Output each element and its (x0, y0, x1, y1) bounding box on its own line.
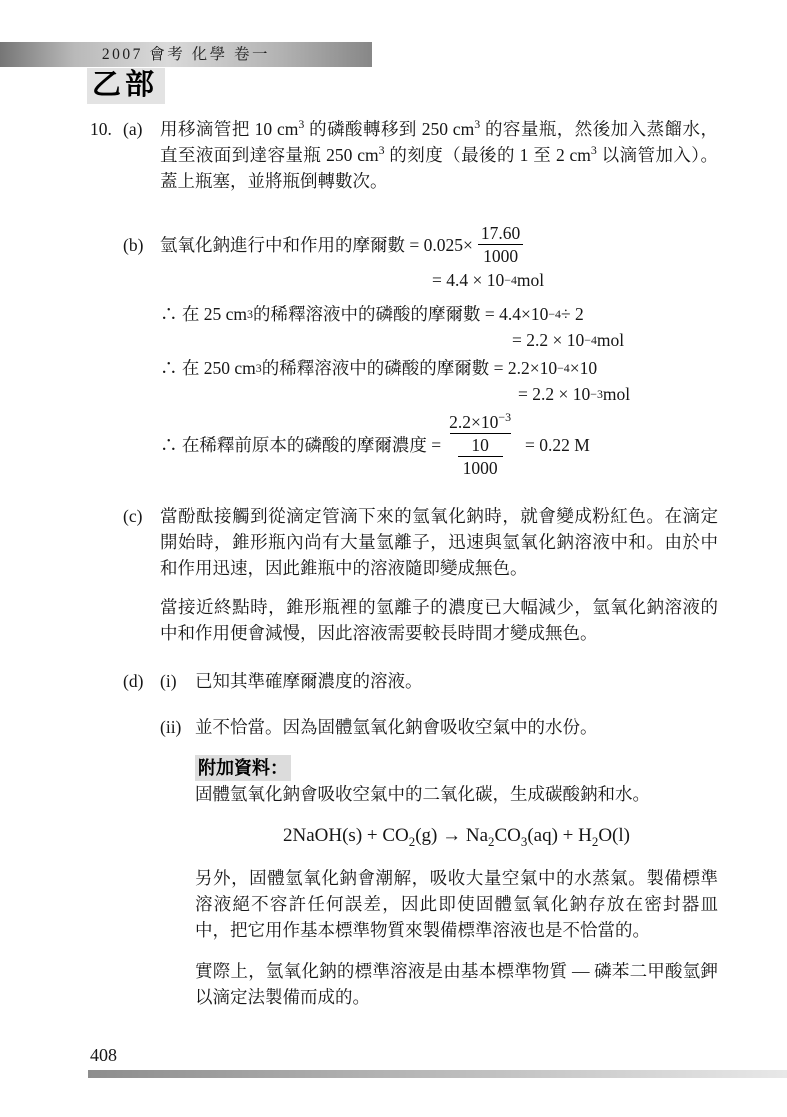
equation-moles-naoh-result: = 4.4 × 10−4 mol (432, 267, 718, 293)
part-c-text: 當酚酞接觸到從滴定管滴下來的氫氧化鈉時，就會變成粉紅色。在滴定開始時，錐形瓶內尚… (160, 503, 718, 646)
equation-moles-acid-250: ∴ 在 250 cm3 的稀釋溶液中的磷酸的摩爾數 = 2.2×10−4 ×10 (160, 355, 718, 381)
part-b-math: 氫氧化鈉進行中和作用的摩爾數 = 0.025×17.601000 = 4.4 ×… (160, 222, 718, 479)
additional-info-paragraph-2: 另外，固體氫氧化鈉會潮解，吸收大量空氣中的水蒸氣。製備標準溶液絕不容許任何誤差，… (195, 865, 718, 943)
part-d-label: (d) (123, 668, 160, 1010)
section-title-label: 乙部 (87, 68, 165, 104)
part-d-ii-label: (ii) (160, 714, 195, 740)
equation-molarity: ∴ 在稀釋前原本的磷酸的摩爾濃度 = 2.2×10−3101000 = 0.22… (160, 411, 718, 479)
additional-info-indent (160, 755, 195, 1010)
question-number-spacer (90, 503, 123, 646)
footer-bar (88, 1070, 787, 1078)
section-title: 乙部 (87, 68, 165, 104)
question-10-part-b: (b) 氫氧化鈉進行中和作用的摩爾數 = 0.025×17.601000 = 4… (90, 222, 718, 479)
additional-info-block: 附加資料： 固體氫氧化鈉會吸收空氣中的二氧化碳，生成碳酸鈉和水。 2NaOH(s… (160, 755, 718, 1010)
part-d-i-label: (i) (160, 668, 195, 694)
question-number: 10. (90, 116, 123, 194)
additional-info-title-label: 附加資料： (195, 755, 291, 781)
equation-molarity-fraction: 2.2×10−3101000 (441, 411, 519, 479)
additional-info-body: 附加資料： 固體氫氧化鈉會吸收空氣中的二氧化碳，生成碳酸鈉和水。 2NaOH(s… (195, 755, 718, 1010)
equation-moles-acid-25-result: = 2.2 × 10−4 mol (512, 327, 718, 353)
part-c-paragraph-2: 當接近終點時，錐形瓶裡的氫離子的濃度已大幅減少，氫氧化鈉溶液的中和作用便會減慢，… (160, 594, 718, 646)
part-d-i-text: 已知其準確摩爾濃度的溶液。 (195, 668, 718, 694)
exam-title: 2007 會考 化學 卷一 (102, 42, 270, 68)
part-d-ii-text: 並不恰當。因為固體氫氧化鈉會吸收空氣中的水份。 (195, 714, 718, 740)
equation-moles-acid-250-result: = 2.2 × 10−3 mol (518, 381, 718, 407)
question-number-spacer (90, 668, 123, 1010)
question-10-part-d: (d) (i) 已知其準確摩爾濃度的溶液。 (ii) 並不恰當。因為固體氫氧化鈉… (90, 668, 718, 1010)
equation-molarity-result: = 0.22 M (525, 432, 590, 458)
part-d-item-ii: (ii) 並不恰當。因為固體氫氧化鈉會吸收空氣中的水份。 (160, 714, 718, 740)
part-d-body: (i) 已知其準確摩爾濃度的溶液。 (ii) 並不恰當。因為固體氫氧化鈉會吸收空… (160, 668, 718, 1010)
additional-info-paragraph-3: 實際上，氫氧化鈉的標準溶液是由基本標準物質 — 磷苯二甲酸氫鉀以滴定法製備而成的… (195, 958, 718, 1010)
part-c-label: (c) (123, 503, 160, 646)
question-number-spacer (90, 222, 123, 479)
question-10-part-a: 10. (a) 用移滴管把 10 cm3 的磷酸轉移到 250 cm3 的容量瓶… (90, 116, 718, 194)
additional-info-title: 附加資料： (195, 755, 718, 781)
equation-moles-naoh: 氫氧化鈉進行中和作用的摩爾數 = 0.025×17.601000 (160, 222, 718, 267)
part-a-text: 用移滴管把 10 cm3 的磷酸轉移到 250 cm3 的容量瓶，然後加入蒸餾水… (160, 116, 718, 194)
solution-content: 10. (a) 用移滴管把 10 cm3 的磷酸轉移到 250 cm3 的容量瓶… (90, 116, 718, 1010)
chemical-equation: 2NaOH(s) + CO2(g) → Na2CO3(aq) + H2O(l) (195, 823, 718, 849)
equation-moles-acid-25: ∴ 在 25 cm3 的稀釋溶液中的磷酸的摩爾數 = 4.4×10−4 ÷ 2 (160, 301, 718, 327)
question-10-part-c: (c) 當酚酞接觸到從滴定管滴下來的氫氧化鈉時，就會變成粉紅色。在滴定開始時，錐… (90, 503, 718, 646)
equation-molarity-prefix: ∴ 在稀釋前原本的磷酸的摩爾濃度 = (160, 432, 441, 458)
part-a-label: (a) (123, 116, 160, 194)
part-b-label: (b) (123, 222, 160, 479)
part-c-paragraph-1: 當酚酞接觸到從滴定管滴下來的氫氧化鈉時，就會變成粉紅色。在滴定開始時，錐形瓶內尚… (160, 503, 718, 581)
page-header-bar: 2007 會考 化學 卷一 (0, 42, 372, 67)
page-number: 408 (90, 1042, 117, 1068)
part-d-item-i: (i) 已知其準確摩爾濃度的溶液。 (160, 668, 718, 694)
additional-info-paragraph-1: 固體氫氧化鈉會吸收空氣中的二氧化碳，生成碳酸鈉和水。 (195, 781, 718, 807)
